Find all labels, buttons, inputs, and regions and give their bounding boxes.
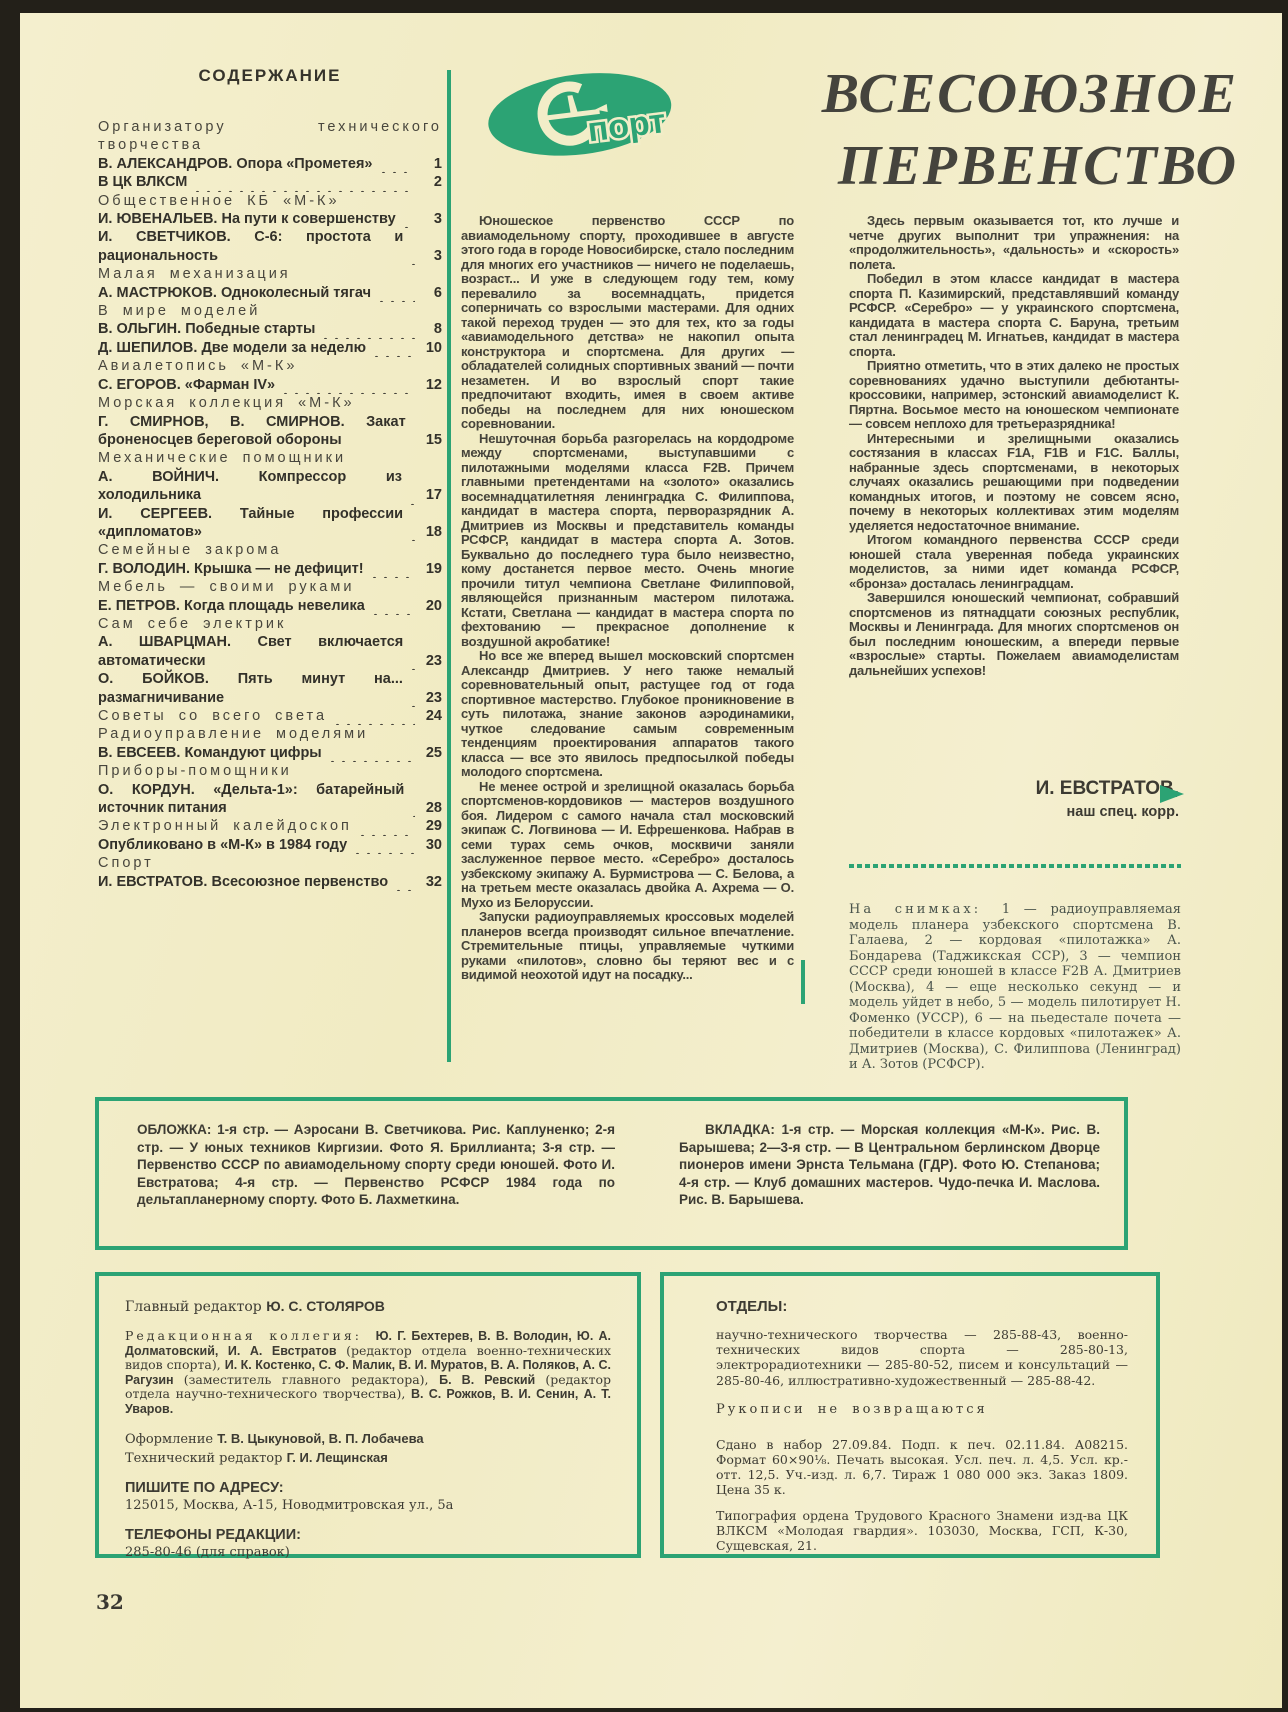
toc-entry: В. АЛЕКСАНДРОВ. Опора «Прометея»1 xyxy=(98,155,442,173)
tech-editor-line: Технический редактор Г. И. Лещинская xyxy=(125,1450,611,1466)
captions-text: 1 — радиоуправляемая модель планера узбе… xyxy=(849,902,1181,1072)
editorial-box: Главный редактор Ю. С. СТОЛЯРОВ Редакцио… xyxy=(95,1272,641,1558)
logo-wordmark: порт xyxy=(585,102,667,149)
chief-editor-label: Главный редактор xyxy=(125,1299,266,1315)
dot-leader xyxy=(406,252,415,265)
toc-entry: А. ВОЙНИЧ. Компрессор из холодильника17 xyxy=(98,468,442,505)
toc-section: Авиалетопись «М-К» xyxy=(98,357,442,375)
dot-leader xyxy=(406,694,415,707)
dotted-rule xyxy=(849,864,1181,868)
pointer-arrow-icon xyxy=(1160,785,1184,803)
manuscripts-note: Рукописи не возвращаются xyxy=(716,1402,1128,1417)
toc-item-text: Е. ПЕТРОВ. Когда площадь невелика xyxy=(98,597,365,615)
toc-page-number: 28 xyxy=(418,799,442,817)
design-line: Оформление Т. В. Цыкуновой, В. П. Лобаче… xyxy=(125,1431,611,1447)
toc-item-text: Общественное КБ «М-К» xyxy=(98,192,340,210)
dot-leader xyxy=(399,215,415,228)
sport-logo-graphic: порт xyxy=(468,56,698,186)
toc-entry: Г. ВОЛОДИН. Крышка — не дефицит!19 xyxy=(98,560,442,578)
toc-item-text: В. АЛЕКСАНДРОВ. Опора «Прометея» xyxy=(98,155,373,173)
toc-section: Общественное КБ «М-К» xyxy=(98,192,442,210)
toc-item-text: А. ШВАРЦМАН. Свет включается автоматичес… xyxy=(98,633,403,670)
dot-leader xyxy=(406,528,415,541)
design-label: Оформление xyxy=(125,1432,217,1447)
feature-title-line2: ПЕРВЕНСТВО xyxy=(690,130,1238,202)
address-heading: ПИШИТЕ ПО АДРЕСУ: xyxy=(125,1480,611,1496)
toc-section: Механические помощники xyxy=(98,449,442,467)
toc-section: Мебель — своими руками xyxy=(98,578,442,596)
text-run: Б. В. Ревский xyxy=(439,1373,545,1387)
toc-section: Спорт xyxy=(98,854,442,872)
toc-item-text: Электронный калейдоскоп xyxy=(98,817,352,835)
toc-list: Организатору технического творчестваВ. А… xyxy=(98,118,442,891)
toc-entry: И. СВЕТЧИКОВ. С-6: простота и рациональн… xyxy=(98,228,442,265)
toc-entry: Г. СМИРНОВ, В. СМИРНОВ. Закат броненосце… xyxy=(98,413,442,450)
toc-item-text: Морская коллекция «М-К» xyxy=(98,394,355,412)
toc-page-number: 12 xyxy=(418,376,442,394)
toc-entry: О. КОРДУН. «Дельта-1»: батарейный источн… xyxy=(98,781,442,818)
tech-editor-label: Технический редактор xyxy=(125,1451,287,1466)
toc-item-text: Авиалетопись «М-К» xyxy=(98,357,297,375)
feature-title: ВСЕСОЮЗНОЕ ПЕРВЕНСТВО xyxy=(690,58,1238,202)
dot-leader xyxy=(368,602,415,615)
phones: 285-80-46 (для справок) xyxy=(125,1545,611,1560)
dot-leader xyxy=(190,179,415,192)
article-column-1: Юношеское первенство СССР по авиамодельн… xyxy=(461,214,794,983)
toc-item-text: Сам себе электрик xyxy=(98,615,286,633)
toc-entry: И. СЕРГЕЕВ. Тайные профессии «дипломатов… xyxy=(98,505,442,542)
toc-page-number: 25 xyxy=(418,744,442,762)
toc-heading: СОДЕРЖАНИЕ xyxy=(98,66,442,86)
toc-entry: В. ОЛЬГИН. Победные старты8 xyxy=(98,320,442,338)
toc-item-text: Приборы-помощники xyxy=(98,762,292,780)
toc-page-number: 24 xyxy=(418,707,442,725)
imprint: Сдано в набор 27.09.84. Подп. к печ. 02.… xyxy=(716,1437,1128,1498)
toc-entry: С. ЕГОРОВ. «Фарман IV»12 xyxy=(98,376,442,394)
toc-item-text: В. ОЛЬГИН. Победные старты xyxy=(98,320,315,338)
toc-page-number: 20 xyxy=(418,597,442,615)
toc-item-text: Спорт xyxy=(98,854,154,872)
toc-page-number: 23 xyxy=(418,652,442,670)
toc-section: В мире моделей xyxy=(98,302,442,320)
magazine-page-scan: СОДЕРЖАНИЕ Организатору технического тво… xyxy=(0,0,1288,1712)
toc-entry: В. ЕВСЕЕВ. Командуют цифры25 xyxy=(98,744,442,762)
toc-page-number: 1 xyxy=(418,155,442,173)
sport-section-logo: порт xyxy=(468,56,698,186)
departments-list: научно-технического творчества — 285-88-… xyxy=(716,1327,1128,1388)
paragraph: Завершился юношеский чемпионат, собравши… xyxy=(849,591,1179,678)
page-number: 32 xyxy=(96,1590,124,1614)
toc-page-number: 19 xyxy=(418,560,442,578)
toc-page-number: 18 xyxy=(418,523,442,541)
toc-item-text: В ЦК ВЛКСМ xyxy=(98,173,187,191)
toc-item-text: И. СЕРГЕЕВ. Тайные профессии «дипломатов… xyxy=(98,505,403,542)
byline-name: И. ЕВСТРАТОВ, xyxy=(849,778,1179,800)
toc-page-number: 30 xyxy=(418,836,442,854)
toc-entry: О. БОЙКОВ. Пять минут на... размагничива… xyxy=(98,670,442,707)
toc-item-text: Г. СМИРНОВ, В. СМИРНОВ. Закат броненосце… xyxy=(98,413,406,450)
paragraph: Юношеское первенство СССР по авиамодельн… xyxy=(461,214,794,432)
dot-leader xyxy=(369,344,415,357)
dot-leader xyxy=(391,878,415,891)
dot-leader xyxy=(409,436,415,449)
insert-note: ВКЛАДКА: 1-я стр. — Морская коллекция «М… xyxy=(679,1121,1100,1246)
dot-leader xyxy=(407,804,415,817)
photo-captions: На снимках: 1 — радиоуправляемая модель … xyxy=(849,902,1181,1073)
chief-editor-line: Главный редактор Ю. С. СТОЛЯРОВ xyxy=(125,1298,611,1315)
byline-role: наш спец. корр. xyxy=(849,804,1179,820)
dot-leader xyxy=(376,160,416,173)
toc-item-text: Г. ВОЛОДИН. Крышка — не дефицит! xyxy=(98,560,364,578)
toc-item-text: Д. ШЕПИЛОВ. Две модели за неделю xyxy=(98,339,366,357)
toc-page-number: 23 xyxy=(418,689,442,707)
phones-heading: ТЕЛЕФОНЫ РЕДАКЦИИ: xyxy=(125,1527,611,1543)
toc-section: Радиоуправление моделями xyxy=(98,725,442,743)
toc-item-text: А. ВОЙНИЧ. Компрессор из холодильника xyxy=(98,468,402,505)
printer-note: Типография ордена Трудового Красного Зна… xyxy=(716,1508,1128,1554)
toc-item-text: Семейные закрома xyxy=(98,541,281,559)
toc-item-text: С. ЕГОРОВ. «Фарман IV» xyxy=(98,376,275,394)
paragraph: Победил в этом классе кандидат в мастера… xyxy=(849,272,1179,359)
paragraph: Нешуточная борьба разгорелась на кордодр… xyxy=(461,432,794,650)
paragraph: Интересными и зрелищными оказались состя… xyxy=(849,432,1179,534)
paragraph: Запуски радиоуправляемых кроссовых модел… xyxy=(461,910,794,983)
dot-leader xyxy=(374,289,415,302)
covers-box: ОБЛОЖКА: 1-я стр. — Аэросани В. Светчико… xyxy=(95,1097,1128,1250)
toc-entry: Опубликовано в «М-К» в 1984 году30 xyxy=(98,836,442,854)
toc-page-number: 8 xyxy=(418,320,442,338)
toc-item-text: Организатору технического творчества xyxy=(98,118,442,155)
paragraph: Итогом командного первенства СССР среди … xyxy=(849,533,1179,591)
toc-item-text: А. МАСТРЮКОВ. Одноколесный тягач xyxy=(98,284,371,302)
paragraph: Но все же вперед вышел московский спортс… xyxy=(461,649,794,780)
departments-box: ОТДЕЛЫ: научно-технического творчества —… xyxy=(660,1272,1160,1558)
toc-entry: А. ШВАРЦМАН. Свет включается автоматичес… xyxy=(98,633,442,670)
toc-page-number: 29 xyxy=(418,817,442,835)
cover-note: ОБЛОЖКА: 1-я стр. — Аэросани В. Светчико… xyxy=(137,1121,615,1246)
toc-item-text: И. ЮВЕНАЛЬЕВ. На пути к совершенству xyxy=(98,210,396,228)
toc-page-number: 17 xyxy=(418,486,442,504)
toc-item-text: Мебель — своими руками xyxy=(98,578,354,596)
toc-item-text: О. КОРДУН. «Дельта-1»: батарейный источн… xyxy=(98,781,404,818)
toc-section: Морская коллекция «М-К» xyxy=(98,394,442,412)
toc-page-number: 15 xyxy=(418,431,442,449)
text-run: Редакционная коллегия: xyxy=(125,1328,376,1343)
toc-item-text: В. ЕВСЕЕВ. Командуют цифры xyxy=(98,744,322,762)
paragraph: Приятно отметить, что в этих далеко не п… xyxy=(849,359,1179,432)
toc-section: Малая механизация xyxy=(98,265,442,283)
toc-page-number: 6 xyxy=(418,284,442,302)
design-names: Т. В. Цыкуновой, В. П. Лобачева xyxy=(217,1431,423,1446)
dot-leader xyxy=(318,326,415,339)
toc-item-text: Малая механизация xyxy=(98,265,291,283)
feature-title-line1: ВСЕСОЮЗНОЕ xyxy=(690,58,1238,130)
toc-entry: И. ЮВЕНАЛЬЕВ. На пути к совершенству3 xyxy=(98,210,442,228)
toc-item-text: Советы со всего света xyxy=(98,707,327,725)
toc-section: Организатору технического творчества xyxy=(98,118,442,155)
toc-page-number: 2 xyxy=(418,173,442,191)
toc-item-text: О. БОЙКОВ. Пять минут на... размагничива… xyxy=(98,670,403,707)
toc-section: Семейные закрома xyxy=(98,541,442,559)
toc-page-number: 3 xyxy=(418,247,442,265)
toc-entry: Е. ПЕТРОВ. Когда площадь невелика20 xyxy=(98,597,442,615)
toc-section: Электронный калейдоскоп29 xyxy=(98,817,442,835)
toc-entry: В ЦК ВЛКСМ2 xyxy=(98,173,442,191)
toc-item-text: Радиоуправление моделями xyxy=(98,725,368,743)
text-run: (заместитель главного редактора), xyxy=(184,1372,439,1387)
departments-heading: ОТДЕЛЫ: xyxy=(716,1298,1128,1315)
chief-editor-name: Ю. С. СТОЛЯРОВ xyxy=(266,1298,385,1314)
dot-leader xyxy=(406,657,415,670)
toc-item-text: И. СВЕТЧИКОВ. С-6: простота и рациональн… xyxy=(98,228,403,265)
article-end-mark xyxy=(801,960,805,1004)
captions-intro: На снимках: xyxy=(849,902,1002,917)
dot-leader xyxy=(355,823,415,836)
tech-editor-name: Г. И. Лещинская xyxy=(287,1450,388,1465)
toc-item-text: И. ЕВСТРАТОВ. Всесоюзное первенство xyxy=(98,873,388,891)
toc-page-number: 32 xyxy=(418,873,442,891)
dot-leader xyxy=(330,712,415,725)
paragraph: Не менее острой и зрелищной оказалась бо… xyxy=(461,780,794,911)
toc-section: Приборы-помощники xyxy=(98,762,442,780)
dot-leader xyxy=(325,749,415,762)
paragraph: Здесь первым оказывается тот, кто лучше … xyxy=(849,214,1179,272)
dot-leader xyxy=(405,492,415,505)
toc-page-number: 10 xyxy=(418,339,442,357)
toc-section: Советы со всего света24 xyxy=(98,707,442,725)
article-column-2: Здесь первым оказывается тот, кто лучше … xyxy=(849,214,1179,678)
toc-page-number: 3 xyxy=(418,210,442,228)
toc-entry: А. МАСТРЮКОВ. Одноколесный тягач6 xyxy=(98,284,442,302)
column-divider-rule xyxy=(447,70,451,1062)
toc-entry: И. ЕВСТРАТОВ. Всесоюзное первенство32 xyxy=(98,873,442,891)
dot-leader xyxy=(278,381,415,394)
toc-item-text: Опубликовано в «М-К» в 1984 году xyxy=(98,836,347,854)
address: 125015, Москва, А-15, Новодмитровская ул… xyxy=(125,1498,611,1513)
dot-leader xyxy=(350,841,415,854)
toc-item-text: Механические помощники xyxy=(98,449,346,467)
toc-section: Сам себе электрик xyxy=(98,615,442,633)
dot-leader xyxy=(367,565,415,578)
toc-entry: Д. ШЕПИЛОВ. Две модели за неделю10 xyxy=(98,339,442,357)
toc-item-text: В мире моделей xyxy=(98,302,260,320)
editorial-board: Редакционная коллегия: Ю. Г. Бехтерев, В… xyxy=(125,1329,611,1417)
